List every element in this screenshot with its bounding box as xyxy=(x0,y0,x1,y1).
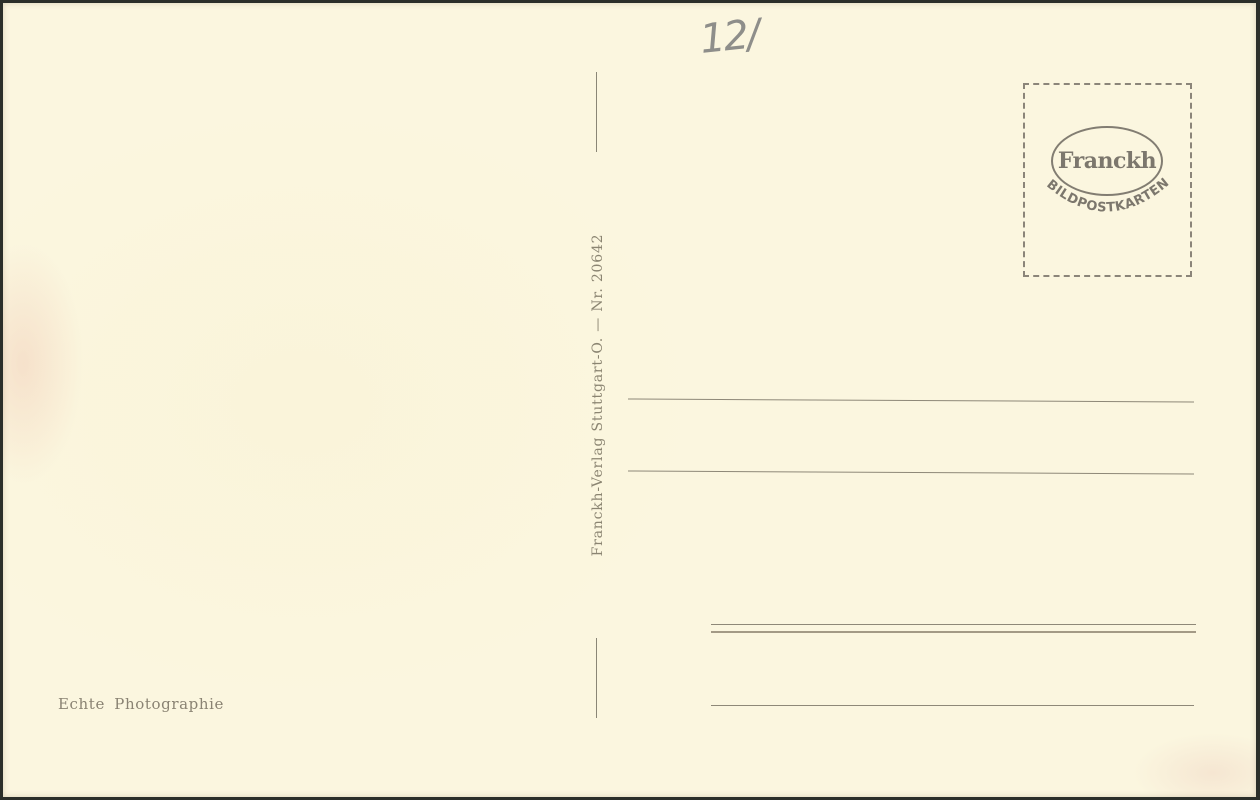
address-line-3 xyxy=(711,624,1196,625)
stamp-arc-icon: BILDPOSTKARTEN xyxy=(1023,83,1192,277)
publisher-line: Franckh-Verlag Stuttgart-O. — Nr. 20642 xyxy=(590,234,606,557)
footer-label: Echte Photographie xyxy=(58,695,224,713)
stamp-arc-text: BILDPOSTKARTEN xyxy=(1044,175,1173,215)
divider-line-bottom xyxy=(596,638,597,718)
address-line-3-underline xyxy=(711,631,1196,633)
divider-line-top xyxy=(596,72,597,152)
address-line-4 xyxy=(711,705,1194,706)
handwritten-note: 12/ xyxy=(698,11,761,63)
svg-text:BILDPOSTKARTEN: BILDPOSTKARTEN xyxy=(1044,175,1173,215)
